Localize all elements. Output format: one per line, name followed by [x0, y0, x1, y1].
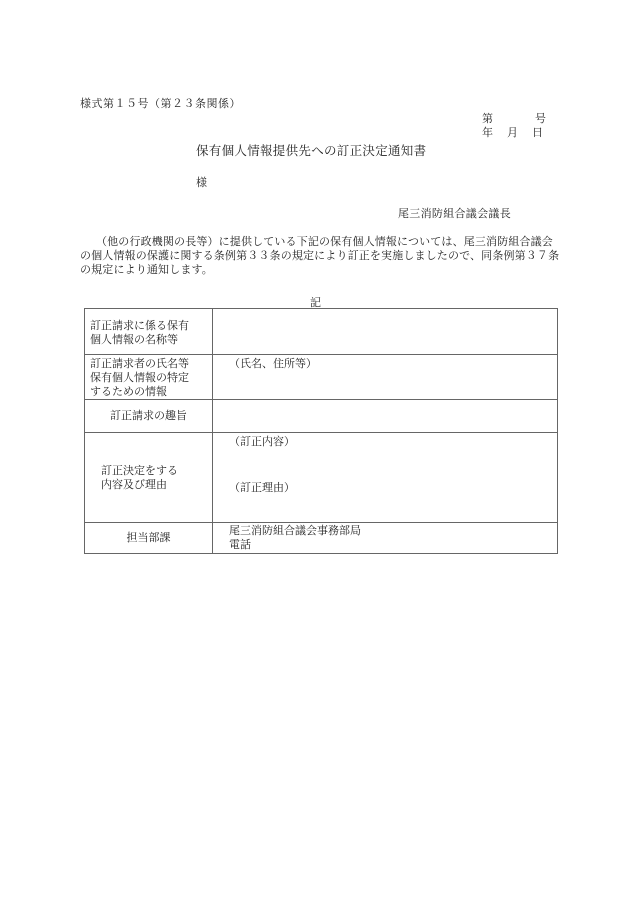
label-line: 訂正決定をする: [101, 464, 212, 478]
value-line: （氏名、住所等）: [229, 357, 557, 371]
value-cell: [213, 400, 558, 433]
label-line: 保有個人情報の特定: [90, 371, 207, 385]
document-title: 保有個人情報提供先への訂正決定通知書: [196, 141, 426, 159]
label-cell: 担当部課: [85, 523, 213, 554]
label-line: 訂正請求の趣旨: [110, 409, 187, 422]
date-month: 月: [507, 126, 518, 139]
value-line: （訂正内容）: [229, 433, 557, 449]
addressee: 様: [196, 174, 207, 190]
document-date: 年月日: [482, 124, 543, 140]
label-line: 担当部課: [127, 531, 171, 544]
table-row-request-purpose: 訂正請求の趣旨: [85, 400, 558, 433]
value-line: 電話: [229, 538, 557, 552]
table-row-target-info: 訂正請求に係る保有 個人情報の名称等: [85, 309, 558, 355]
body-text: （他の行政機関の長等）に提供している下記の保有個人情報については、尾三消防組合議…: [80, 235, 560, 277]
value-line: 尾三消防組合議会事務部局: [229, 524, 557, 538]
label-cell: 訂正請求者の氏名等 保有個人情報の特定 するための情報: [85, 355, 213, 400]
label-line: 個人情報の名称等: [90, 333, 207, 347]
value-cell: （氏名、住所等）: [213, 355, 558, 400]
label-line: 訂正請求者の氏名等: [90, 357, 207, 371]
table-row-decision-content: 訂正決定をする 内容及び理由 （訂正内容） （訂正理由）: [85, 433, 558, 523]
table-row-requester-info: 訂正請求者の氏名等 保有個人情報の特定 するための情報 （氏名、住所等）: [85, 355, 558, 400]
value-cell: 尾三消防組合議会事務部局 電話: [213, 523, 558, 554]
detail-table: 訂正請求に係る保有 個人情報の名称等 訂正請求者の氏名等 保有個人情報の特定 す…: [84, 308, 558, 554]
value-cell: （訂正内容） （訂正理由）: [213, 433, 558, 523]
value-cell: [213, 309, 558, 355]
value-line: （訂正理由）: [229, 449, 557, 495]
table-row-department: 担当部課 尾三消防組合議会事務部局 電話: [85, 523, 558, 554]
label-cell: 訂正決定をする 内容及び理由: [85, 433, 213, 523]
date-year: 年: [482, 126, 493, 139]
label-line: するための情報: [90, 385, 207, 399]
form-number: 様式第１５号（第２３条関係）: [80, 95, 241, 111]
label-line: 訂正請求に係る保有: [90, 319, 207, 333]
label-line: 内容及び理由: [101, 478, 212, 492]
date-day: 日: [532, 126, 543, 139]
label-cell: 訂正請求の趣旨: [85, 400, 213, 433]
sender: 尾三消防組合議会議長: [398, 205, 511, 221]
label-cell: 訂正請求に係る保有 個人情報の名称等: [85, 309, 213, 355]
